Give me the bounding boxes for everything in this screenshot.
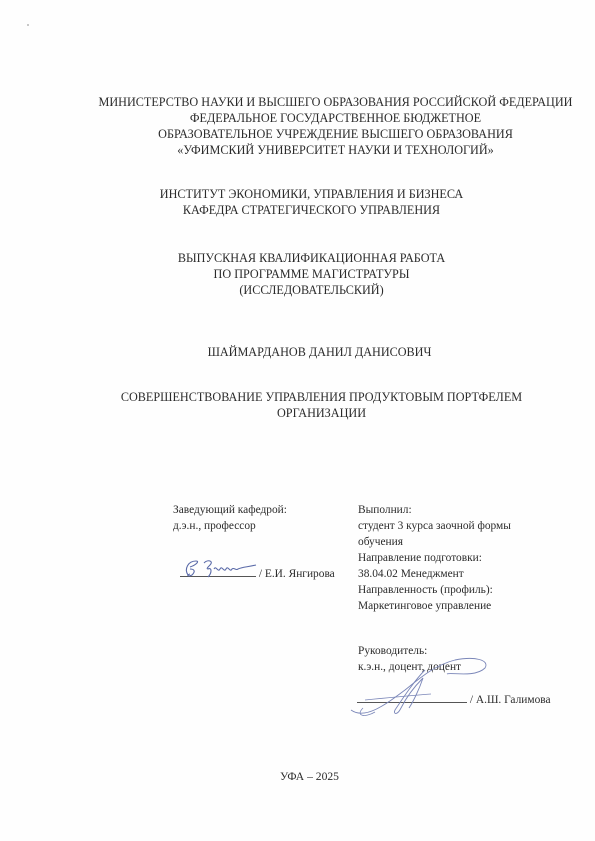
signature-line [180,564,256,577]
city-year: УФА – 2025 [0,769,595,785]
performer-line: Маркетинговое управление [358,598,511,614]
supervisor-info: Руководитель: к.э.н., доцент, доцент [358,643,461,675]
supervisor-degree: к.э.н., доцент, доцент [358,659,461,675]
supervisor-label: Руководитель: [358,643,461,659]
institute-header: ИНСТИТУТ ЭКОНОМИКИ, УПРАВЛЕНИЯ И БИЗНЕСА… [14,186,595,218]
head-name: / Е.И. Янгирова [259,568,335,580]
head-degree: д.э.н., профессор [173,518,287,534]
work-type-line: ВЫПУСКНАЯ КВАЛИФИКАЦИОННАЯ РАБОТА [14,250,595,266]
ministry-line: «УФИМСКИЙ УНИВЕРСИТЕТ НАУКИ И ТЕХНОЛОГИЙ… [38,142,595,158]
performer-label: Выполнил: [358,502,511,518]
scan-speck [27,24,29,26]
performer-line: студент 3 курса заочной формы [358,518,511,534]
performer-line: обучения [358,534,511,550]
title-page: МИНИСТЕРСТВО НАУКИ И ВЫСШЕГО ОБРАЗОВАНИЯ… [0,0,595,841]
performer-line: 38.04.02 Менеджмент [358,566,511,582]
head-of-department: Заведующий кафедрой: д.э.н., профессор [173,502,287,534]
thesis-topic: СОВЕРШЕНСТВОВАНИЕ УПРАВЛЕНИЯ ПРОДУКТОВЫМ… [24,389,595,421]
ministry-line: ОБРАЗОВАТЕЛЬНОЕ УЧРЕЖДЕНИЕ ВЫСШЕГО ОБРАЗ… [38,126,595,142]
work-type-line: ПО ПРОГРАММЕ МАГИСТРАТУРЫ [14,266,595,282]
author-name: ШАЙМАРДАНОВ ДАНИЛ ДАНИСОВИЧ [22,344,595,360]
ministry-header: МИНИСТЕРСТВО НАУКИ И ВЫСШЕГО ОБРАЗОВАНИЯ… [38,94,595,158]
performer-info: Выполнил: студент 3 курса заочной формы … [358,502,511,614]
topic-line: ОРГАНИЗАЦИИ [24,405,595,421]
topic-line: СОВЕРШЕНСТВОВАНИЕ УПРАВЛЕНИЯ ПРОДУКТОВЫМ… [24,389,595,405]
performer-line: Направление подготовки: [358,550,511,566]
performer-line: Направленность (профиль): [358,582,511,598]
department-name: КАФЕДРА СТРАТЕГИЧЕСКОГО УПРАВЛЕНИЯ [14,202,595,218]
ministry-line: ФЕДЕРАЛЬНОЕ ГОСУДАРСТВЕННОЕ БЮДЖЕТНОЕ [38,110,595,126]
ministry-line: МИНИСТЕРСТВО НАУКИ И ВЫСШЕГО ОБРАЗОВАНИЯ… [38,94,595,110]
signature-line [357,690,467,703]
institute-name: ИНСТИТУТ ЭКОНОМИКИ, УПРАВЛЕНИЯ И БИЗНЕСА [14,186,595,202]
author-name-text: ШАЙМАРДАНОВ ДАНИЛ ДАНИСОВИЧ [22,344,595,360]
supervisor-name: / А.Ш. Галимова [470,694,551,706]
supervisor-signature-row: / А.Ш. Галимова [357,690,551,708]
work-type-line: (ИССЛЕДОВАТЕЛЬСКИЙ) [14,282,595,298]
head-label: Заведующий кафедрой: [173,502,287,518]
head-signature-row: / Е.И. Янгирова [180,564,335,582]
work-type: ВЫПУСКНАЯ КВАЛИФИКАЦИОННАЯ РАБОТА ПО ПРО… [14,250,595,298]
